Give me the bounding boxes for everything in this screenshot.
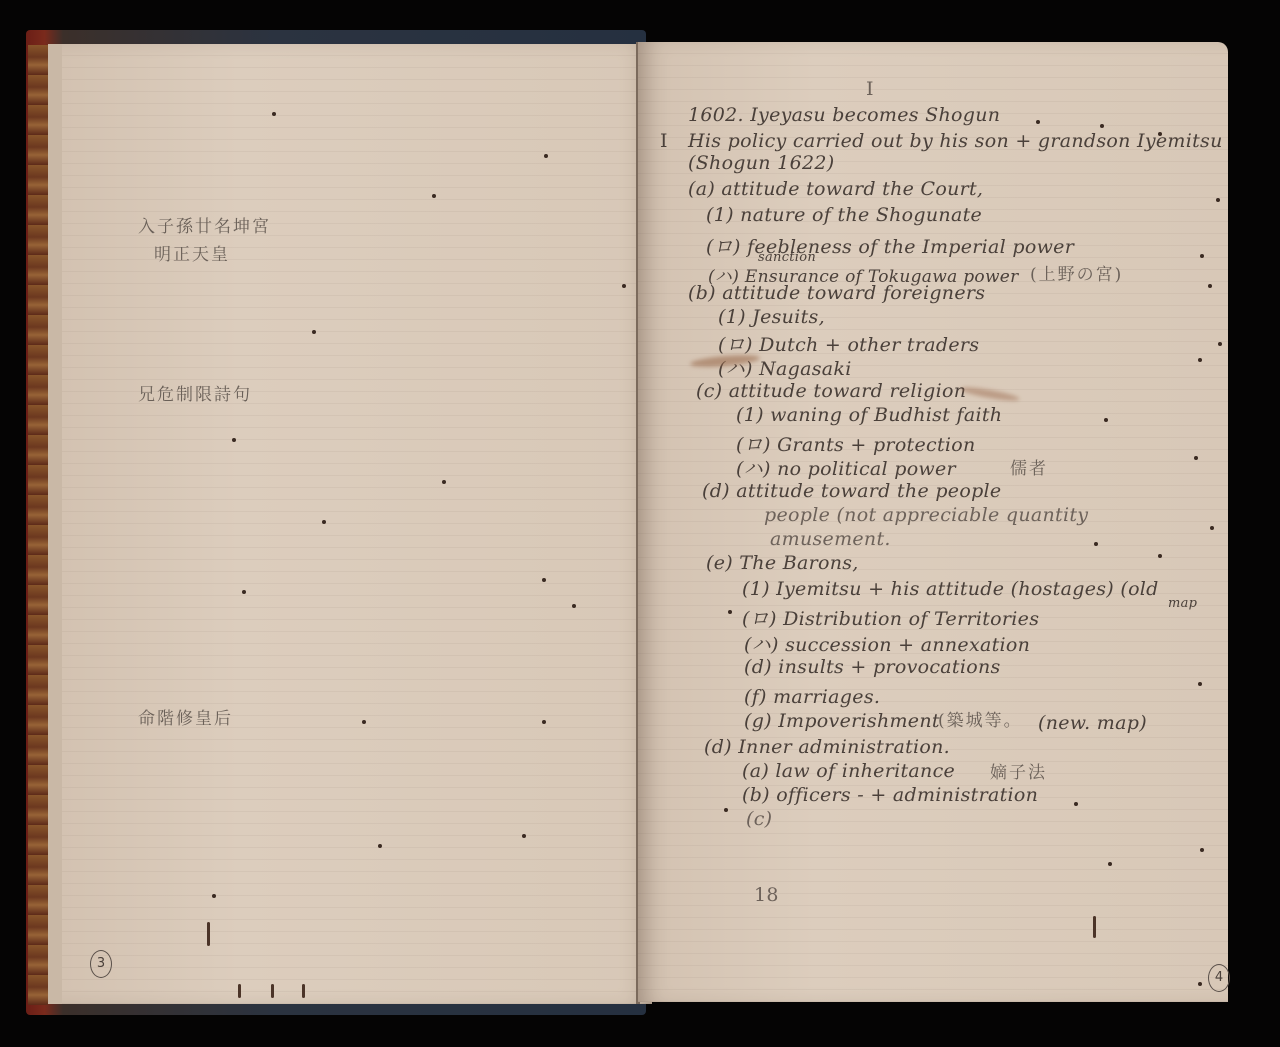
line-d-inner-admin: (d) Inner administration. bbox=[704, 736, 950, 758]
line-b2: (ロ) Dutch + other traders bbox=[718, 330, 979, 357]
line-d-a-kanji: 嫡子法 bbox=[990, 758, 1047, 783]
line-shogun-1622: (Shogun 1622) bbox=[688, 152, 834, 174]
line-c3: (ハ) no political power bbox=[736, 454, 956, 481]
page-number-left: 3 bbox=[90, 950, 112, 978]
margin-note-1-line-1: 入子孫廿名坤宮 bbox=[138, 212, 271, 237]
page-number-right: 4 bbox=[1208, 964, 1230, 992]
line-d-people: (d) attitude toward the people bbox=[702, 480, 1001, 502]
line-a1: (1) nature of the Shogunate bbox=[706, 204, 982, 226]
line-d-c: (c) bbox=[746, 808, 772, 830]
margin-note-2: 兄危制限詩句 bbox=[138, 380, 252, 405]
line-e2: (ロ) Distribution of Territories bbox=[742, 604, 1039, 631]
left-page: 入子孫廿名坤宮 明正天皇 兄危制限詩句 命階修皇后 3 bbox=[48, 44, 652, 1004]
line-a3-kanji: (上野の宮) bbox=[1030, 260, 1123, 285]
line-c1: (1) waning of Budhist faith bbox=[736, 404, 1002, 426]
section-marker: I bbox=[660, 130, 668, 152]
line-policy: His policy carried out by his son + gran… bbox=[688, 130, 1223, 152]
line-a-court: (a) attitude toward the Court, bbox=[688, 178, 983, 200]
line-e6: (g) Impoverishment bbox=[744, 710, 940, 732]
right-page: I 1602. Iyeyasu becomes Shogun I His pol… bbox=[638, 42, 1228, 1002]
cover-binding-edge bbox=[28, 45, 48, 1005]
line-c2: (ロ) Grants + protection bbox=[736, 430, 976, 457]
line-e6-new-map: (new. map) bbox=[1038, 712, 1147, 734]
line-1602: 1602. Iyeyasu becomes Shogun bbox=[688, 104, 1000, 126]
line-b-foreigners: (b) attitude toward foreigners bbox=[688, 282, 985, 304]
line-e-barons: (e) The Barons, bbox=[706, 552, 859, 574]
line-c-religion: (c) attitude toward religion bbox=[696, 380, 966, 402]
line-e5: (f) marriages. bbox=[744, 686, 880, 708]
line-e4: (d) insults + provocations bbox=[744, 656, 1001, 678]
line-e1: (1) Iyemitsu + his attitude (hostages) (… bbox=[742, 578, 1159, 600]
line-b1: (1) Jesuits, bbox=[718, 306, 825, 328]
line-d-amusement: amusement. bbox=[770, 528, 891, 550]
page-heading: I bbox=[866, 78, 874, 100]
line-e6-kanji: (築城等。 bbox=[938, 706, 1023, 731]
line-d-people-detail: people (not appreciable quantity bbox=[764, 504, 1088, 526]
line-e1-map: map bbox=[1168, 596, 1197, 611]
margin-note-3: 命階修皇后 bbox=[138, 704, 233, 729]
line-e3: (ハ) succession + annexation bbox=[744, 630, 1030, 657]
line-d-b: (b) officers - + administration bbox=[742, 784, 1038, 806]
margin-note-1-line-2: 明正天皇 bbox=[154, 240, 230, 265]
line-c3-kanji: 儒者 bbox=[1010, 454, 1048, 479]
page-footer-18: 18 bbox=[754, 884, 779, 906]
line-d-a: (a) law of inheritance bbox=[742, 760, 955, 782]
